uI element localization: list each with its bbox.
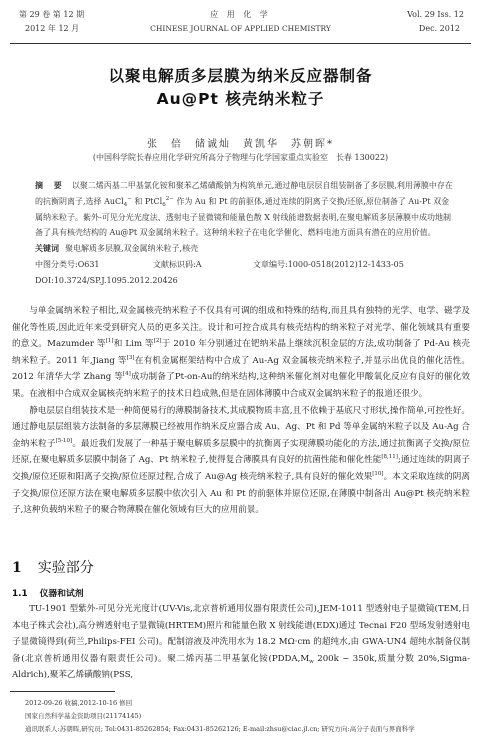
subsection-title: 仪器和试剂 [40, 589, 84, 599]
text-run: 和 Lim 等 [114, 339, 154, 349]
footnote-rule [10, 691, 115, 692]
keywords: 关键词聚电解质多层膜,双金属纳米粒子,核壳 [35, 241, 455, 257]
footnotes: 2012-09-26 收稿,2012-10-16 修回 国家自然科学基金资助项目… [25, 697, 475, 736]
citation-link[interactable]: [2] [154, 338, 162, 344]
doi: DOI:10.3724/SP.J.1095.2012.20426 [35, 273, 455, 289]
citation-link[interactable]: [4] [123, 371, 131, 377]
abstract-block: 摘 要以聚二烯丙基二甲基氯化铵和聚苯乙烯磺酸钠为构筑单元,通过静电层层自组装制备… [35, 178, 455, 289]
paragraph-instruments: TU-1901 型紫外-可见分光光度计(UV-Vis,北京普析通用仪器有限责任公… [12, 601, 470, 684]
title-line-1: 以聚电解质多层膜为纳米反应器制备 [0, 65, 481, 88]
funding-note: 国家自然科学基金资助项目(21174145) [25, 710, 475, 723]
paragraph-2: 静电层层自组装技术是一种简便易行的薄膜制备技术,其成膜物质丰富,且不依赖于基底尺… [12, 403, 470, 519]
keywords-text: 聚电解质多层膜,双金属纳米粒子,核壳 [65, 244, 198, 253]
article-title: 以聚电解质多层膜为纳米反应器制备 Au@Pt 核壳纳米粒子 [0, 65, 481, 111]
subsection-number: 1.1 [12, 589, 28, 599]
abstract-label: 摘 要 [35, 181, 66, 190]
section-number: 1 [12, 560, 22, 576]
article-number: 文章编号:1000-0518(2012)12-1433-05 [253, 257, 404, 273]
date-en: Dec. 2012 [407, 22, 464, 36]
paragraph-1: 与单金属纳米粒子相比,双金属核壳纳米粒子不仅具有可调的组成和特殊的结构,而且具有… [12, 303, 470, 403]
citation-link[interactable]: [10] [372, 471, 383, 477]
keywords-label: 关键词 [35, 244, 59, 253]
corresponding-author: 通讯联系人:苏朝晖,研究员; Tel:0431-85262854; Fax:04… [25, 723, 475, 736]
subscript: 4 [124, 202, 128, 208]
volume-en: Vol. 29 Iss. 12 [407, 8, 464, 22]
citation-link[interactable]: [3] [127, 355, 135, 361]
document-code: 文献标识码:A [153, 257, 253, 273]
section-title: 实验部分 [38, 560, 94, 576]
superscript: 2− [166, 196, 174, 202]
subscript: 6 [162, 202, 166, 208]
received-dates: 2012-09-26 收稿,2012-10-16 修回 [25, 697, 475, 710]
running-header-right: Vol. 29 Iss. 12 Dec. 2012 [407, 8, 464, 36]
subsection-heading-1-1: 1.1仪器和试剂 [12, 586, 84, 599]
section-heading-1: 1实验部分 [12, 557, 94, 577]
citation-link[interactable]: [1] [106, 338, 114, 344]
header-rule [10, 43, 471, 44]
introduction: 与单金属纳米粒子相比,双金属核壳纳米粒子不仅具有可调的组成和特殊的结构,而且具有… [12, 303, 470, 519]
abstract-text-2: 和 PtCl [132, 197, 162, 206]
classification-row: 中图分类号:O631 文献标识码:A 文章编号:1000-0518(2012)1… [35, 257, 455, 273]
author-list: 张 倍 储诚灿 黄凯华 苏朝晖* [0, 135, 481, 150]
citation-link[interactable]: [5-10] [56, 438, 73, 444]
instruments-paragraph: TU-1901 型紫外-可见分光光度计(UV-Vis,北京普析通用仪器有限责任公… [12, 601, 470, 684]
affiliation: (中国科学院长春应用化学研究所高分子物理与化学国家重点实验室 长春 130022… [0, 152, 481, 163]
title-line-2: Au@Pt 核壳纳米粒子 [0, 88, 481, 111]
clc-number: 中图分类号:O631 [35, 257, 153, 273]
abstract: 摘 要以聚二烯丙基二甲基氯化铵和聚苯乙烯磺酸钠为构筑单元,通过静电层层自组装制备… [35, 178, 455, 241]
citation-link[interactable]: [8,11] [381, 454, 398, 460]
